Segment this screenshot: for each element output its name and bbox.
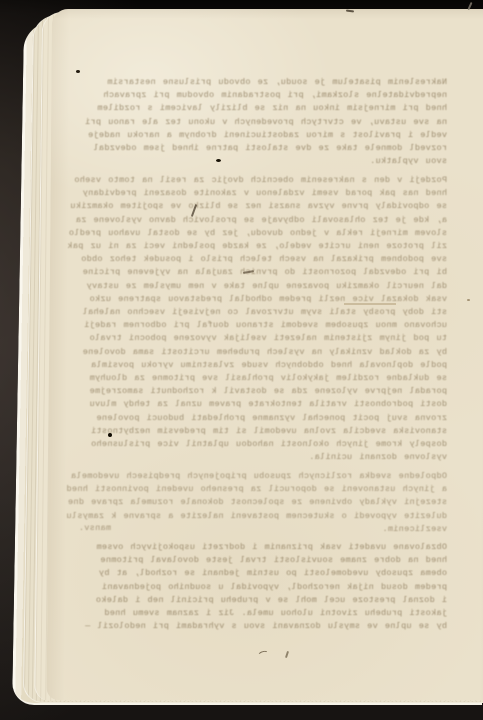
book-page [47, 9, 483, 700]
scanned-page-view: Nakreslenim pisatelum je soudu, ze obvod… [0, 0, 483, 720]
